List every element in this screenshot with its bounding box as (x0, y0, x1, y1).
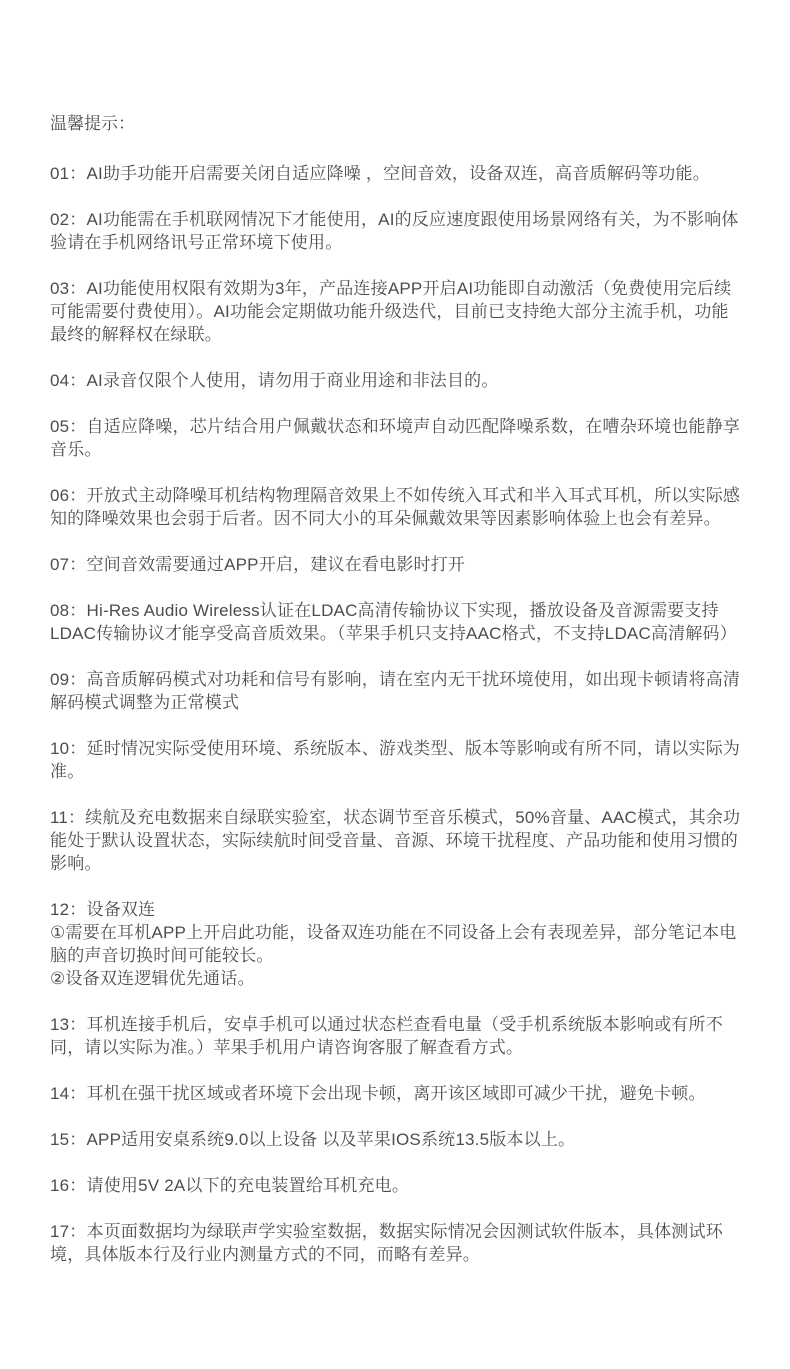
tip-line: 11：续航及充电数据来自绿联实验室，状态调节至音乐模式，50%音量、AAC模式，… (50, 806, 742, 875)
tip-line: 17：本页面数据均为绿联声学实验室数据，数据实际情况会因测试软件版本，具体测试环… (50, 1220, 742, 1266)
tips-list: 01：AI助手功能开启需要关闭自适应降噪 ，空间音效，设备双连，高音质解码等功能… (50, 162, 742, 1266)
tip-item: 14：耳机在强干扰区域或者环境下会出现卡顿，离开该区域即可减少干扰，避免卡顿。 (50, 1082, 742, 1105)
tip-item: 09：高音质解码模式对功耗和信号有影响，请在室内无干扰环境使用，如出现卡顿请将高… (50, 668, 742, 714)
page-title: 温馨提示： (50, 112, 742, 135)
tip-item: 13：耳机连接手机后，安卓手机可以通过状态栏查看电量（受手机系统版本影响或有所不… (50, 1013, 742, 1059)
tip-line: 14：耳机在强干扰区域或者环境下会出现卡顿，离开该区域即可减少干扰，避免卡顿。 (50, 1082, 742, 1105)
tip-line: 03：AI功能使用权限有效期为3年，产品连接APP开启AI功能即自动激活（免费使… (50, 277, 742, 346)
tip-item: 02：AI功能需在手机联网情况下才能使用，AI的反应速度跟使用场景网络有关，为不… (50, 208, 742, 254)
tip-item: 03：AI功能使用权限有效期为3年，产品连接APP开启AI功能即自动激活（免费使… (50, 277, 742, 346)
tip-line: 16：请使用5V 2A以下的充电装置给耳机充电。 (50, 1174, 742, 1197)
tip-item: 17：本页面数据均为绿联声学实验室数据，数据实际情况会因测试软件版本，具体测试环… (50, 1220, 742, 1266)
tip-item: 08：Hi-Res Audio Wireless认证在LDAC高清传输协议下实现… (50, 599, 742, 645)
tip-line: 13：耳机连接手机后，安卓手机可以通过状态栏查看电量（受手机系统版本影响或有所不… (50, 1013, 742, 1059)
tip-item: 06：开放式主动降噪耳机结构物理隔音效果上不如传统入耳式和半入耳式耳机，所以实际… (50, 484, 742, 530)
tip-line: ①需要在耳机APP上开启此功能，设备双连功能在不同设备上会有表现差异，部分笔记本… (50, 921, 742, 967)
tip-item: 15：APP适用安桌系统9.0以上设备 以及苹果IOS系统13.5版本以上。 (50, 1128, 742, 1151)
tip-line: 06：开放式主动降噪耳机结构物理隔音效果上不如传统入耳式和半入耳式耳机，所以实际… (50, 484, 742, 530)
tip-item: 10：延时情况实际受使用环境、系统版本、游戏类型、版本等影响或有所不同，请以实际… (50, 737, 742, 783)
tip-line: 04：AI录音仅限个人使用，请勿用于商业用途和非法目的。 (50, 369, 742, 392)
tip-line: 07：空间音效需要通过APP开启，建议在看电影时打开 (50, 553, 742, 576)
tip-item: 05：自适应降噪，芯片结合用户佩戴状态和环境声自动匹配降噪系数，在嘈杂环境也能静… (50, 415, 742, 461)
tip-item: 11：续航及充电数据来自绿联实验室，状态调节至音乐模式，50%音量、AAC模式，… (50, 806, 742, 875)
tip-line: ②设备双连逻辑优先通话。 (50, 967, 742, 990)
tip-line: 02：AI功能需在手机联网情况下才能使用，AI的反应速度跟使用场景网络有关，为不… (50, 208, 742, 254)
tip-line: 05：自适应降噪，芯片结合用户佩戴状态和环境声自动匹配降噪系数，在嘈杂环境也能静… (50, 415, 742, 461)
tip-line: 01：AI助手功能开启需要关闭自适应降噪 ，空间音效，设备双连，高音质解码等功能… (50, 162, 742, 185)
tip-line: 12：设备双连 (50, 898, 742, 921)
tip-item: 07：空间音效需要通过APP开启，建议在看电影时打开 (50, 553, 742, 576)
tip-item: 16：请使用5V 2A以下的充电装置给耳机充电。 (50, 1174, 742, 1197)
tips-page: 温馨提示： 01：AI助手功能开启需要关闭自适应降噪 ，空间音效，设备双连，高音… (0, 0, 790, 1369)
tip-item: 04：AI录音仅限个人使用，请勿用于商业用途和非法目的。 (50, 369, 742, 392)
tip-line: 08：Hi-Res Audio Wireless认证在LDAC高清传输协议下实现… (50, 599, 742, 645)
tip-line: 15：APP适用安桌系统9.0以上设备 以及苹果IOS系统13.5版本以上。 (50, 1128, 742, 1151)
tip-line: 10：延时情况实际受使用环境、系统版本、游戏类型、版本等影响或有所不同，请以实际… (50, 737, 742, 783)
tip-item: 01：AI助手功能开启需要关闭自适应降噪 ，空间音效，设备双连，高音质解码等功能… (50, 162, 742, 185)
tip-line: 09：高音质解码模式对功耗和信号有影响，请在室内无干扰环境使用，如出现卡顿请将高… (50, 668, 742, 714)
tip-item: 12：设备双连①需要在耳机APP上开启此功能，设备双连功能在不同设备上会有表现差… (50, 898, 742, 990)
